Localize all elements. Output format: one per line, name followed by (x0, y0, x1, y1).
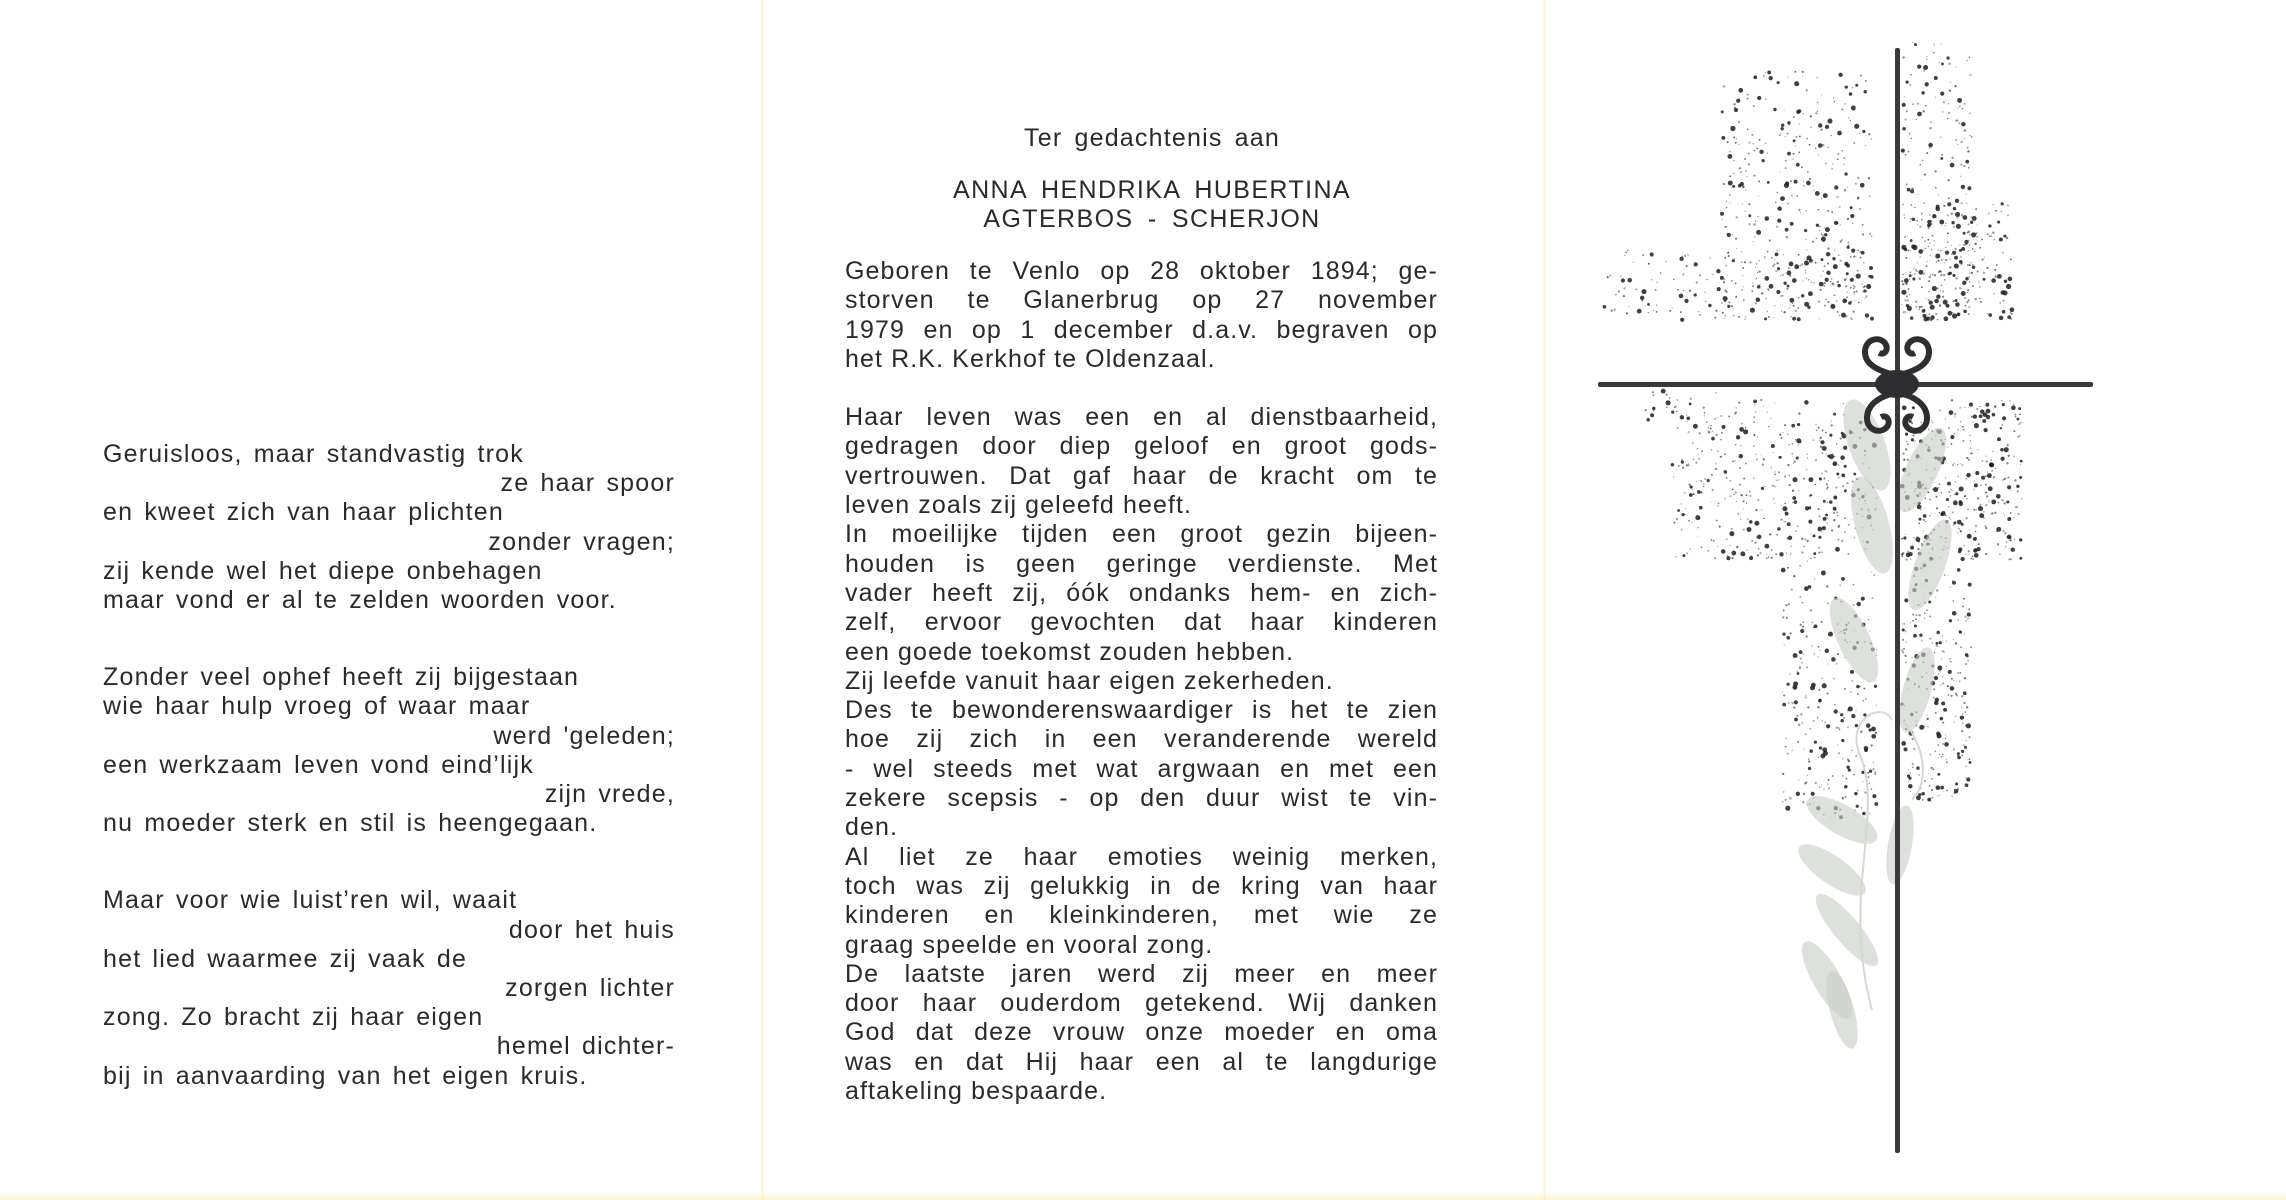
biography-line: Zij leefde vanuit haar eigen zekerheden. (845, 667, 1438, 696)
biography-line: God dat deze vrouw onze moeder en oma (845, 1018, 1438, 1047)
poem-stanza: Zonder veel ophef heeft zij bijgestaanwi… (103, 663, 675, 838)
biography-line: vertrouwen. Dat gaf haar de kracht om te (845, 462, 1438, 491)
poem-line: maar vond er al te zelden woorden voor. (103, 586, 675, 615)
biography-line: toch was zij gelukkig in de kring van ha… (845, 872, 1438, 901)
memorial-text-panel: Ter gedachtenis aan ANNA HENDRIKA HUBERT… (762, 0, 1542, 1200)
card-bottom-edge (0, 1192, 2286, 1200)
cross-icon (1542, 0, 2286, 1200)
poem-line: Geruisloos, maar standvastig trok (103, 440, 675, 469)
poem-line: nu moeder sterk en stil is heengegaan. (103, 809, 675, 838)
biography-line: Des te bewonderenswaardiger is het te zi… (845, 696, 1438, 725)
poem-line: Maar voor wie luist’ren wil, waait (103, 886, 675, 915)
speckle-texture (1603, 42, 2023, 821)
poem-line: werd 'geleden; (103, 722, 675, 751)
deceased-name: ANNA HENDRIKA HUBERTINA AGTERBOS - SCHER… (762, 176, 1542, 234)
biography-line: zelf, ervoor gevochten dat haar kinderen (845, 608, 1438, 637)
biography-line: door haar ouderdom getekend. Wij danken (845, 989, 1438, 1018)
biography-line: storven te Glanerbrug op 27 november (845, 286, 1438, 315)
poem-line: door het huis (103, 916, 675, 945)
biography-line: kinderen en kleinkinderen, met wie ze (845, 901, 1438, 930)
biography-line: hoe zij zich in een veranderende wereld (845, 725, 1438, 754)
poem-panel: Geruisloos, maar standvastig trokze haar… (0, 0, 762, 1200)
poem-line: zij kende wel het diepe onbehagen (103, 557, 675, 586)
biography-line: houden is geen geringe verdienste. Met (845, 550, 1438, 579)
poem-line: een werkzaam leven vond eind’lijk (103, 751, 675, 780)
poem-stanza: Maar voor wie luist’ren wil, waaitdoor h… (103, 886, 675, 1090)
poem-line: en kweet zich van haar plichten (103, 498, 675, 527)
poem-line: zijn vrede, (103, 780, 675, 809)
poem-stanza: Geruisloos, maar standvastig trokze haar… (103, 440, 675, 615)
fold-line-right (1543, 0, 1546, 1200)
biography-line: het R.K. Kerkhof te Oldenzaal. (845, 345, 1438, 374)
biography-line: In moeilijke tijden een groot gezin bije… (845, 520, 1438, 549)
intro-heading: Ter gedachtenis aan (762, 124, 1542, 153)
biography-line: den. (845, 813, 1438, 842)
biography-line: De laatste jaren werd zij meer en meer (845, 960, 1438, 989)
biography-line: was en dat Hij haar een al te langdurige (845, 1048, 1438, 1077)
poem-line: hemel dichter- (103, 1032, 675, 1061)
artwork-panel (1542, 0, 2286, 1200)
biography-line: Haar leven was een en al dienstbaarheid, (845, 403, 1438, 432)
poem-line: zong. Zo bracht zij haar eigen (103, 1003, 675, 1032)
biography-line: - wel steeds met wat argwaan en met een (845, 755, 1438, 784)
biography-line: gedragen door diep geloof en groot gods- (845, 432, 1438, 461)
biography-line: vader heeft zij, óók ondanks hem- en zic… (845, 579, 1438, 608)
biography-line: leven zoals zij geleefd heeft. (845, 491, 1438, 520)
poem: Geruisloos, maar standvastig trokze haar… (103, 440, 675, 1139)
poem-line: wie haar hulp vroeg of waar maar (103, 692, 675, 721)
biography-line: 1979 en op 1 december d.a.v. begraven op (845, 316, 1438, 345)
fold-line-left (761, 0, 764, 1200)
name-line-2: AGTERBOS - SCHERJON (762, 205, 1542, 234)
biography-line: een goede toekomst zouden hebben. (845, 638, 1438, 667)
poem-line: het lied waarmee zij vaak de (103, 945, 675, 974)
biography: Geboren te Venlo op 28 oktober 1894; ge-… (845, 257, 1438, 1106)
biography-line: Geboren te Venlo op 28 oktober 1894; ge- (845, 257, 1438, 286)
poem-line: Zonder veel ophef heeft zij bijgestaan (103, 663, 675, 692)
leaf-vine-icon (1791, 394, 1960, 1052)
biography-line: Al liet ze haar emoties weinig merken, (845, 843, 1438, 872)
biography-line: graag speelde en vooral zong. (845, 931, 1438, 960)
biography-line: zekere scepsis - op den duur wist te vin… (845, 784, 1438, 813)
poem-line: zorgen lichter (103, 974, 675, 1003)
poem-line: zonder vragen; (103, 528, 675, 557)
poem-line: bij in aanvaarding van het eigen kruis. (103, 1062, 675, 1091)
biography-line: aftakeling bespaarde. (845, 1077, 1438, 1106)
name-line-1: ANNA HENDRIKA HUBERTINA (762, 176, 1542, 205)
poem-line: ze haar spoor (103, 469, 675, 498)
